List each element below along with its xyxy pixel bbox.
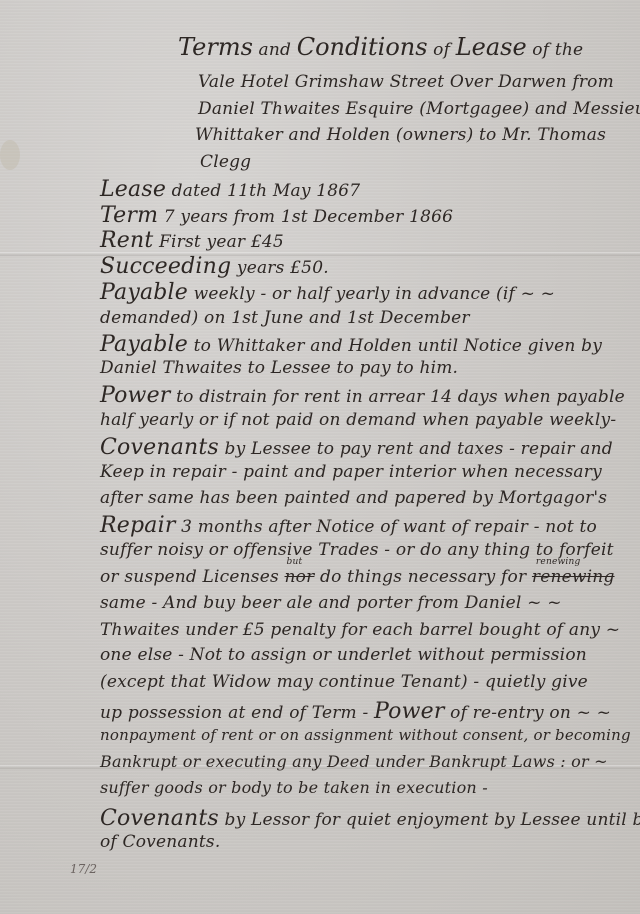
struck-word: nor [285,567,315,587]
line-text: Bankrupt or executing any Deed under Ban… [100,752,608,771]
title-word: and [259,40,292,60]
line-text: of Covenants. [100,832,220,852]
body-line: Bankrupt or executing any Deed under Ban… [100,752,608,771]
body-line: Thwaites under £5 penalty for each barre… [100,620,620,640]
body-line: Payable weekly - or half yearly in advan… [100,280,555,305]
line-key: Payable [100,332,188,357]
body-line: of Covenants. [100,832,220,852]
body-line: Covenants by Lessor for quiet enjoyment … [100,806,640,831]
line-text: by Lessee to pay rent and taxes - repair… [225,439,613,459]
struck-word: renewing [532,567,615,587]
line-text: weekly - or half yearly in advance (if ~… [194,284,555,304]
body-line: Rent First year £45 [100,228,284,253]
line-key: Covenants [100,435,219,460]
line-key: Rent [100,228,153,253]
body-line: suffer goods or body to be taken in exec… [100,778,488,797]
line-text: do things necessary for [320,567,526,587]
body-line: nonpayment of rent or on assignment with… [100,726,631,744]
line-key: Power [100,383,171,408]
body-line: Repair 3 months after Notice of want of … [100,513,597,538]
body-line: Term 7 years from 1st December 1866 [100,203,453,228]
line-text: Thwaites under £5 penalty for each barre… [100,620,620,640]
line-key: Lease [100,177,166,202]
body-line: up possession at end of Term - Power of … [100,699,611,724]
line-key: Repair [100,513,176,538]
body-line: Lease dated 11th May 1867 [100,177,360,202]
line-key: Covenants [100,806,219,831]
line-text: 7 years from 1st December 1866 [164,207,453,227]
title-line-1: Terms and Conditions of Lease of the [178,33,583,61]
line-text: 3 months after Notice of want of repair … [181,517,597,537]
line-text: years £50. [237,258,329,278]
line-text: one else - Not to assign or underlet wit… [100,645,587,665]
body-line: Daniel Thwaites to Lessee to pay to him. [100,358,458,378]
body-line: after same has been painted and papered … [100,488,607,508]
line-text: to distrain for rent in arrear 14 days w… [176,387,625,407]
line-text: by Lessor for quiet enjoyment by Lessee … [225,810,640,830]
line-key: Succeeding [100,254,231,279]
line-text: Daniel Thwaites to Lessee to pay to him. [100,358,458,378]
line-text: First year £45 [159,232,284,252]
line-text: up possession at end of Term - [100,703,368,723]
title-line-5: Clegg [200,152,251,172]
line-text: demanded) on 1st June and 1st December [100,308,470,328]
line-text: Keep in repair - paint and paper interio… [100,462,602,482]
title-word: of [433,40,450,60]
line-text: of re-entry on ~ ~ [450,703,611,723]
title-word: of the [532,40,583,60]
document-page: Terms and Conditions of Lease of the Val… [0,0,640,914]
line-key: Power [374,699,445,724]
line-text: after same has been painted and papered … [100,488,607,508]
title-word-terms: Terms [178,33,253,61]
line-text: to Whittaker and Holden until Notice giv… [194,336,602,356]
body-line: Payable to Whittaker and Holden until No… [100,332,602,357]
line-text: (except that Widow may continue Tenant) … [100,672,588,692]
inserted-word: renewing [536,557,581,567]
correction: renewing renewing [532,567,615,587]
body-line: Power to distrain for rent in arrear 14 … [100,383,625,408]
line-text: half yearly or if not paid on demand whe… [100,410,616,430]
line-text: same - And buy beer ale and porter from … [100,593,562,613]
line-text: dated 11th May 1867 [172,181,361,201]
title-line-2: Vale Hotel Grimshaw Street Over Darwen f… [198,72,614,92]
line-key: Term [100,203,158,228]
body-line: half yearly or if not paid on demand whe… [100,410,616,430]
correction: but nor [285,567,315,587]
line-text: nonpayment of rent or on assignment with… [100,726,631,744]
title-line-3: Daniel Thwaites Esquire (Mortgagee) and … [198,99,640,119]
body-line: same - And buy beer ale and porter from … [100,593,562,613]
body-line: (except that Widow may continue Tenant) … [100,672,588,692]
body-line: Succeeding years £50. [100,254,329,279]
paper-stain [0,140,20,170]
inserted-word: but [287,557,303,567]
body-line: or suspend Licenses but nor do things ne… [100,567,615,587]
margin-note: 17/2 [70,862,97,876]
line-text: suffer goods or body to be taken in exec… [100,778,488,797]
line-text: or suspend Licenses [100,567,279,587]
body-line: one else - Not to assign or underlet wit… [100,645,587,665]
line-key: Payable [100,280,188,305]
body-line: Covenants by Lessee to pay rent and taxe… [100,435,613,460]
title-line-4: Whittaker and Holden (owners) to Mr. Tho… [195,125,606,145]
body-line: demanded) on 1st June and 1st December [100,308,470,328]
title-word-lease: Lease [456,33,527,61]
title-word-conditions: Conditions [297,33,428,61]
body-line: Keep in repair - paint and paper interio… [100,462,602,482]
